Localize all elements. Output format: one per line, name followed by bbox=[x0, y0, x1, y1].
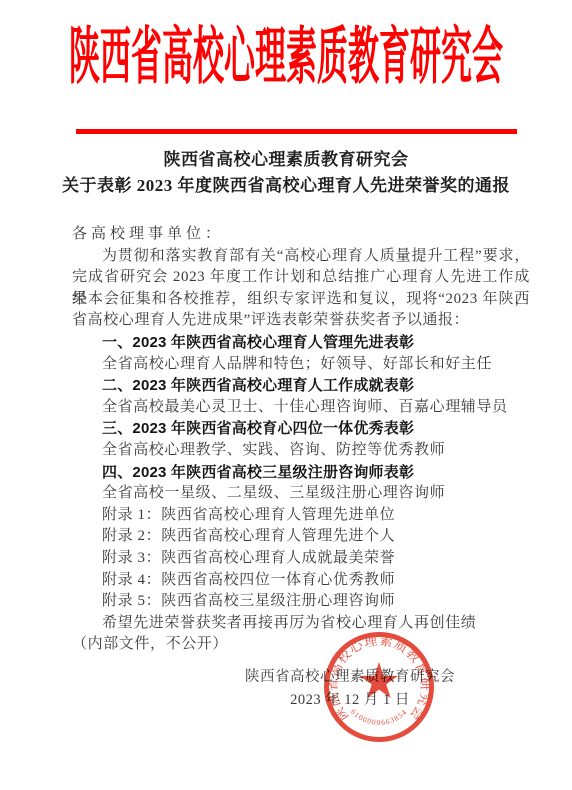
document-title-line2: 关于表彰 2023 年度陕西省高校心理育人先进荣誉奖的通报 bbox=[0, 173, 572, 199]
letterhead-org-name: 陕西省高校心理素质教育研究会 bbox=[69, 25, 503, 87]
letterhead: 陕西省高校心理素质教育研究会 bbox=[0, 24, 572, 88]
appendix-1-line: 附录 1：陕西省高校心理育人管理先进单位 bbox=[72, 505, 530, 527]
seal-star-icon bbox=[360, 662, 398, 698]
paragraph-line: 省高校心理育人先进成果”评选表彰荣誉获奖者予以通报： bbox=[72, 310, 530, 332]
appendix-4-line: 附录 4：陕西省高校四位一体育心优秀教师 bbox=[72, 570, 530, 592]
letterhead-rule bbox=[76, 129, 517, 134]
section-1-heading: 一、2023 年陕西省高校心理育人管理先进表彰 bbox=[72, 332, 530, 354]
confidential-note: （内部文件，不公开） bbox=[72, 634, 530, 656]
appendix-5-line: 附录 5：陕西省高校三星级注册心理咨询师 bbox=[72, 591, 530, 613]
section-2-heading: 二、2023 年陕西省高校心理育人工作成就表彰 bbox=[72, 375, 530, 397]
salutation: 各高校理事单位： bbox=[72, 224, 530, 246]
section-3-detail: 全省高校心理教学、实践、咨询、防控等优秀教师 bbox=[72, 440, 530, 462]
appendix-3-line: 附录 3：陕西省高校心理育人成就最美荣誉 bbox=[72, 548, 530, 570]
section-4-detail: 全省高校一星级、二星级、三星级注册心理咨询师 bbox=[72, 483, 530, 505]
section-3-heading: 三、2023 年陕西省高校育心四位一体优秀表彰 bbox=[72, 418, 530, 440]
section-2-detail: 全省高校最美心灵卫士、十佳心理咨询师、百嘉心理辅导员 bbox=[72, 397, 530, 419]
document-body: 各高校理事单位： 为贯彻和落实教育部有关“高校心理育人质量提升工程”要求， 完成… bbox=[72, 224, 530, 656]
paragraph-line: 为贯彻和落实教育部有关“高校心理育人质量提升工程”要求， bbox=[72, 246, 530, 268]
document-page: 陕西省高校心理素质教育研究会 陕西省高校心理素质教育研究会 关于表彰 2023 … bbox=[0, 0, 572, 790]
section-4-heading: 四、2023 年陕西省高校三星级注册咨询师表彰 bbox=[72, 462, 530, 484]
seal-code-text: 6100000663854 bbox=[349, 707, 409, 727]
document-title: 陕西省高校心理素质教育研究会 关于表彰 2023 年度陕西省高校心理育人先进荣誉… bbox=[0, 147, 572, 199]
official-seal-stamp: 陕西省高校心理素质教育研究会 6100000663854 bbox=[322, 630, 436, 744]
closing-wish-line: 希望先进荣誉获奖者再接再厉为省校心理育人再创佳绩 bbox=[72, 613, 530, 635]
document-title-line1: 陕西省高校心理素质教育研究会 bbox=[0, 147, 572, 173]
section-1-detail: 全省高校心理育人品牌和特色；好领导、好部长和好主任 bbox=[72, 354, 530, 376]
paragraph-line: 经本会征集和各校推荐，组织专家评选和复议，现将“2023 年陕西 bbox=[72, 289, 530, 311]
appendix-2-line: 附录 2：陕西省高校心理育人管理先进个人 bbox=[72, 526, 530, 548]
paragraph-line: 完成省研究会 2023 年度工作计划和总结推广心理育人先进工作成果， bbox=[72, 267, 530, 289]
